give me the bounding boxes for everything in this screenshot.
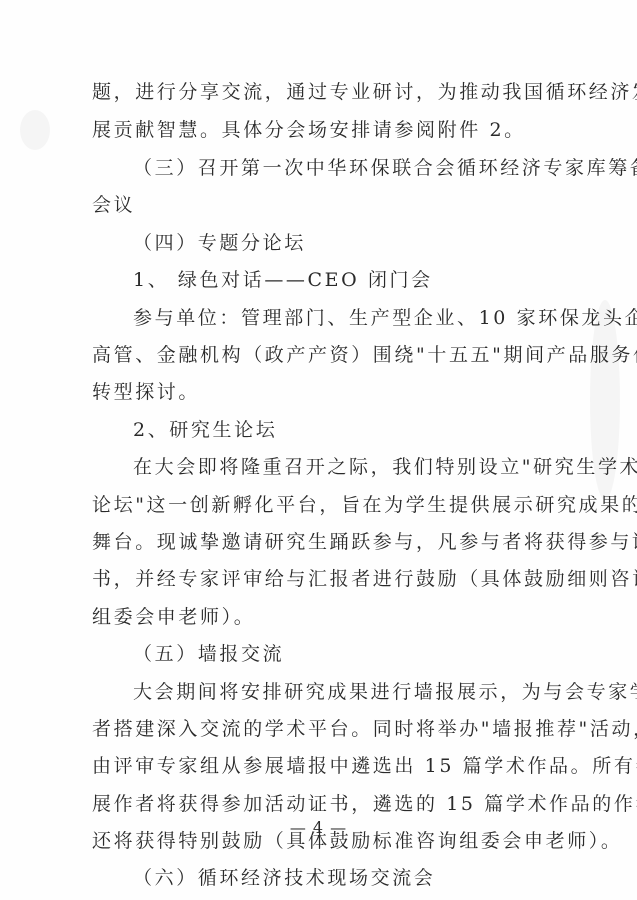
document-page: 题，进行分享交流，通过专业研讨，为推动我国循环经济发 展贡献智慧。具体分会场安排… [0,0,637,900]
subheading-graduate-forum: 2、研究生论坛 [133,418,593,442]
section-heading-4: （四）专题分论坛 [133,231,593,255]
body-line: 在大会即将隆重召开之际，我们特别设立"研究生学术 [133,455,593,479]
scan-smudge [20,110,50,150]
body-line: 转型探讨。 [92,380,552,404]
body-line: 题，进行分享交流，通过专业研讨，为推动我国循环经济发 [92,80,552,104]
body-line: 组委会申老师）。 [92,605,552,629]
section-heading-3: （三）召开第一次中华环保联合会循环经济专家库筹备 [133,156,593,180]
body-line: 舞台。现诚挚邀请研究生踊跃参与，凡参与者将获得参与证 [92,530,552,554]
body-line: 大会期间将安排研究成果进行墙报展示，为与会专家学 [133,680,593,704]
body-line: 参与单位：管理部门、生产型企业、10 家环保龙头企业 [133,306,593,330]
body-line: 展作者将获得参加活动证书，遴选的 15 篇学术作品的作者 [92,792,552,816]
section-heading-5: （五）墙报交流 [133,642,593,666]
subheading-ceo-dialogue: 1、 绿色对话——CEO 闭门会 [133,268,593,292]
page-number: — 4 — [0,816,637,840]
body-line: 者搭建深入交流的学术平台。同时将举办"墙报推荐"活动， [92,717,552,741]
body-line: 展贡献智慧。具体分会场安排请参阅附件 2。 [92,118,552,142]
body-line: 由评审专家组从参展墙报中遴选出 15 篇学术作品。所有参 [92,754,552,778]
body-line: 会议 [92,193,552,217]
section-heading-6: （六）循环经济技术现场交流会 [133,866,593,890]
body-line: 高管、金融机构（政产产资）围绕"十五五"期间产品服务化 [92,343,552,367]
body-line: 书，并经专家评审给与汇报者进行鼓励（具体鼓励细则咨询 [92,567,552,591]
body-line: 论坛"这一创新孵化平台，旨在为学生提供展示研究成果的 [92,493,552,517]
